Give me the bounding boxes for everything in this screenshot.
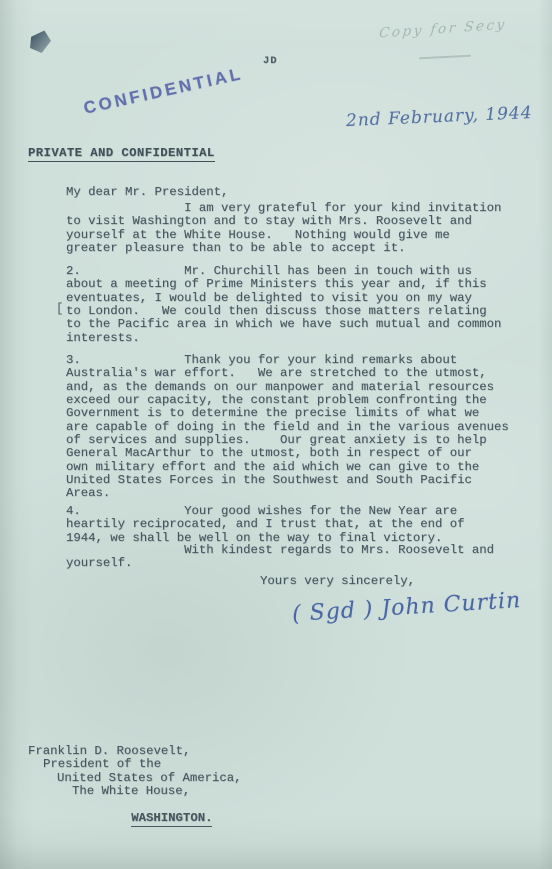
pencil-underline-mark <box>419 55 471 60</box>
address-line-country: United States of America, <box>28 772 241 785</box>
letter-page: Copy for Secy JD CONFIDENTIAL 2nd Februa… <box>0 0 552 869</box>
signature-handwritten: ( Sgd ) John Curtin <box>291 588 521 627</box>
washington-underlined: WASHINGTON. <box>131 811 212 827</box>
paragraph-1: I am very grateful for your kind invitat… <box>66 202 501 255</box>
closing-paragraph: With kindest regards to Mrs. Roosevelt a… <box>66 544 494 571</box>
recipient-address: Franklin D. Roosevelt, President of the … <box>28 745 241 838</box>
paragraph-2: 2. Mr. Churchill has been in touch with … <box>66 265 501 345</box>
pencil-note: Copy for Secy <box>378 16 507 41</box>
address-line-residence: The White House, <box>28 785 241 798</box>
margin-mark: [ <box>56 302 64 316</box>
salutation: My dear Mr. President, <box>66 186 228 199</box>
handwritten-date: 2nd February, 1944 <box>346 103 533 131</box>
confidential-stamp: CONFIDENTIAL <box>82 64 245 119</box>
signoff: Yours very sincerely, <box>260 575 415 588</box>
address-line-name: Franklin D. Roosevelt, <box>28 745 241 758</box>
staple-mark <box>28 30 53 54</box>
address-line-title: President of the <box>28 758 241 771</box>
classification-heading: PRIVATE AND CONFIDENTIAL <box>28 146 215 160</box>
classification-text: PRIVATE AND CONFIDENTIAL <box>28 146 215 162</box>
paragraph-4: 4. Your good wishes for the New Year are… <box>66 505 464 545</box>
typist-initials: JD <box>263 55 278 67</box>
paragraph-3: 3. Thank you for your kind remarks about… <box>66 354 509 501</box>
address-line-city: WASHINGTON. <box>28 798 241 838</box>
